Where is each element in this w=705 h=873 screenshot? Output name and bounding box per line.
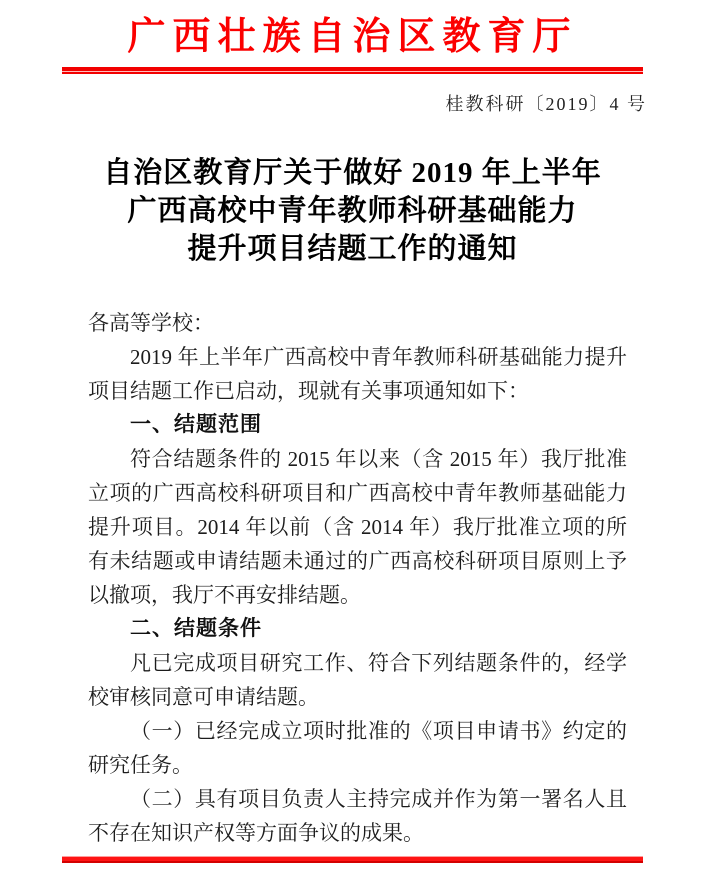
notice-title-line-3: 提升项目结题工作的通知 [0, 230, 705, 268]
document-number: 桂教科研〔2019〕4 号 [0, 90, 647, 116]
notice-title-line-1: 自治区教育厅关于做好 2019 年上半年 [0, 154, 705, 192]
notice-title-line-2: 广西高校中青年教师科研基础能力 [0, 192, 705, 230]
section-heading-2: 二、结题条件 [88, 612, 627, 646]
paragraph-conditions-intro: 凡已完成项目研究工作、符合下列结题条件的，经学校审核同意可申请结题。 [88, 646, 627, 714]
agency-name: 广西壮族自治区教育厅 [0, 14, 705, 60]
salutation: 各高等学校： [88, 306, 627, 340]
header-rule [62, 67, 643, 74]
paragraph-condition-1: （一）已经完成立项时批准的《项目申请书》约定的研究任务。 [88, 714, 627, 782]
notice-title: 自治区教育厅关于做好 2019 年上半年 广西高校中青年教师科研基础能力 提升项… [0, 154, 705, 268]
document-page: 广西壮族自治区教育厅 桂教科研〔2019〕4 号 自治区教育厅关于做好 2019… [0, 0, 705, 873]
paragraph-scope: 符合结题条件的 2015 年以来（含 2015 年）我厅批准立项的广西高校科研项… [88, 442, 627, 612]
paragraph-condition-2: （二）具有项目负责人主持完成并作为第一署名人且不存在知识产权等方面争议的成果。 [88, 782, 627, 850]
section-heading-1: 一、结题范围 [88, 408, 627, 442]
notice-body: 各高等学校： 2019 年上半年广西高校中青年教师科研基础能力提升项目结题工作已… [88, 306, 627, 850]
footer-rule [62, 856, 643, 863]
paragraph-intro: 2019 年上半年广西高校中青年教师科研基础能力提升项目结题工作已启动，现就有关… [88, 340, 627, 408]
